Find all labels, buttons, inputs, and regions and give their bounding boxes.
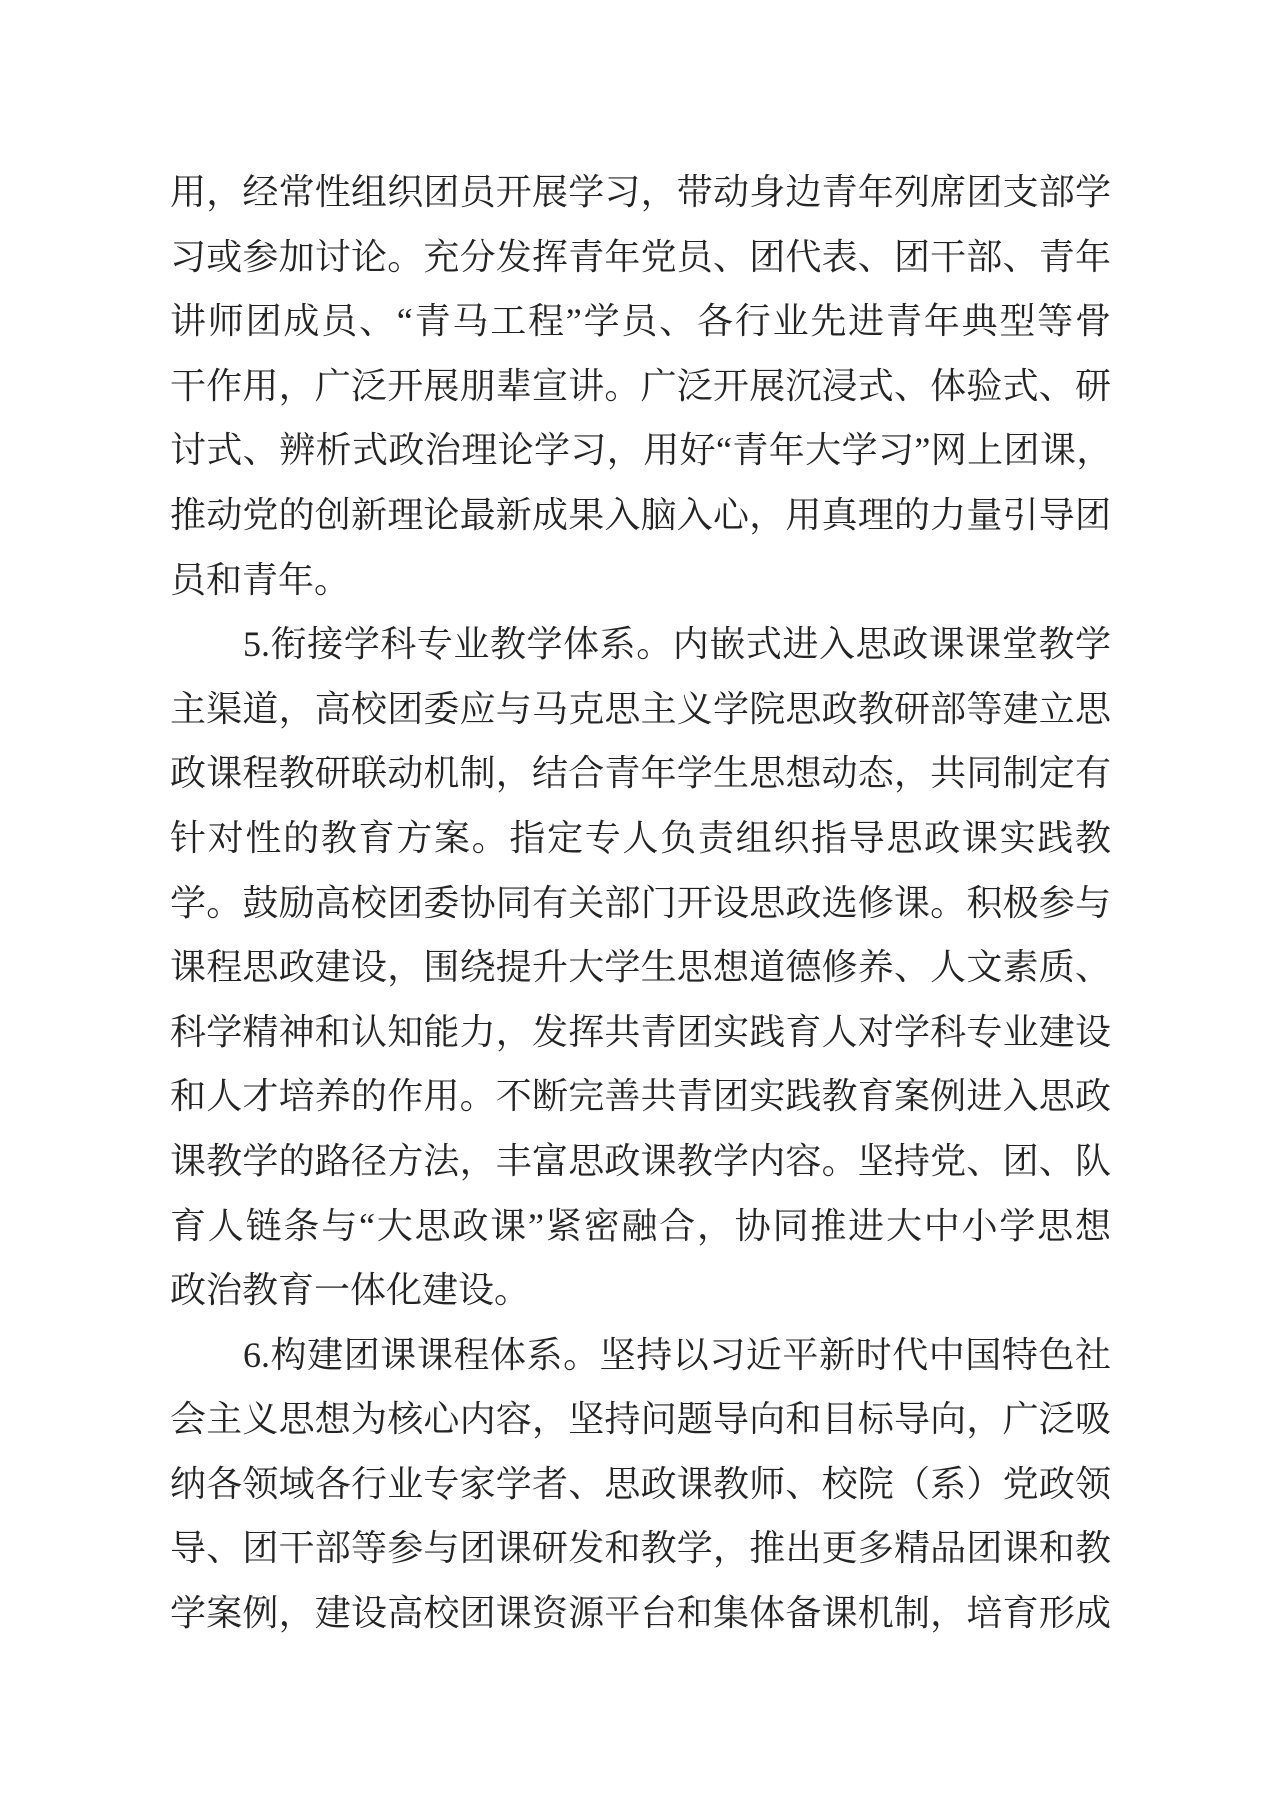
- text-line-23: 学案例，建设高校团课资源平台和集体备课机制，培育形成: [170, 1581, 1111, 1646]
- text-line-5: 讨式、辨析式政治理论学习，用好“青年大学习”网上团课，: [170, 418, 1111, 483]
- text-line-3: 讲师团成员、“青马工程”学员、各行业先进青年典型等骨: [170, 289, 1111, 354]
- text-line-2: 习或参加讨论。充分发挥青年党员、团代表、团干部、青年: [170, 225, 1111, 290]
- text-line-1: 用，经常性组织团员开展学习，带动身边青年列席团支部学: [170, 160, 1111, 225]
- text-line-9: 主渠道，高校团委应与马克思主义学院思政教研部等建立思: [170, 677, 1111, 742]
- document-page: 用，经常性组织团员开展学习，带动身边青年列席团支部学 习或参加讨论。充分发挥青年…: [170, 160, 1111, 1646]
- text-line-17: 育人链条与“大思政课”紧密融合，协同推进大中小学思想: [170, 1194, 1111, 1259]
- text-line-8-paragraph-5-start: 5.衔接学科专业教学体系。内嵌式进入思政课课堂教学: [170, 612, 1111, 677]
- text-line-18: 政治教育一体化建设。: [170, 1258, 1111, 1323]
- text-line-15: 和人才培养的作用。不断完善共青团实践教育案例进入思政: [170, 1064, 1111, 1129]
- text-line-12: 学。鼓励高校团委协同有关部门开设思政选修课。积极参与: [170, 871, 1111, 936]
- text-line-14: 科学精神和认知能力，发挥共青团实践育人对学科专业建设: [170, 1000, 1111, 1065]
- text-line-16: 课教学的路径方法，丰富思政课教学内容。坚持党、团、队: [170, 1129, 1111, 1194]
- text-line-20: 会主义思想为核心内容，坚持问题导向和目标导向，广泛吸: [170, 1387, 1111, 1452]
- text-line-4: 干作用，广泛开展朋辈宣讲。广泛开展沉浸式、体验式、研: [170, 354, 1111, 419]
- text-line-22: 导、团干部等参与团课研发和教学，推出更多精品团课和教: [170, 1516, 1111, 1581]
- text-line-7: 员和青年。: [170, 548, 1111, 613]
- text-line-19-paragraph-6-start: 6.构建团课课程体系。坚持以习近平新时代中国特色社: [170, 1323, 1111, 1388]
- text-line-13: 课程思政建设，围绕提升大学生思想道德修养、人文素质、: [170, 935, 1111, 1000]
- text-line-11: 针对性的教育方案。指定专人负责组织指导思政课实践教: [170, 806, 1111, 871]
- text-line-6: 推动党的创新理论最新成果入脑入心，用真理的力量引导团: [170, 483, 1111, 548]
- text-line-10: 政课程教研联动机制，结合青年学生思想动态，共同制定有: [170, 741, 1111, 806]
- text-line-21: 纳各领域各行业专家学者、思政课教师、校院（系）党政领: [170, 1452, 1111, 1517]
